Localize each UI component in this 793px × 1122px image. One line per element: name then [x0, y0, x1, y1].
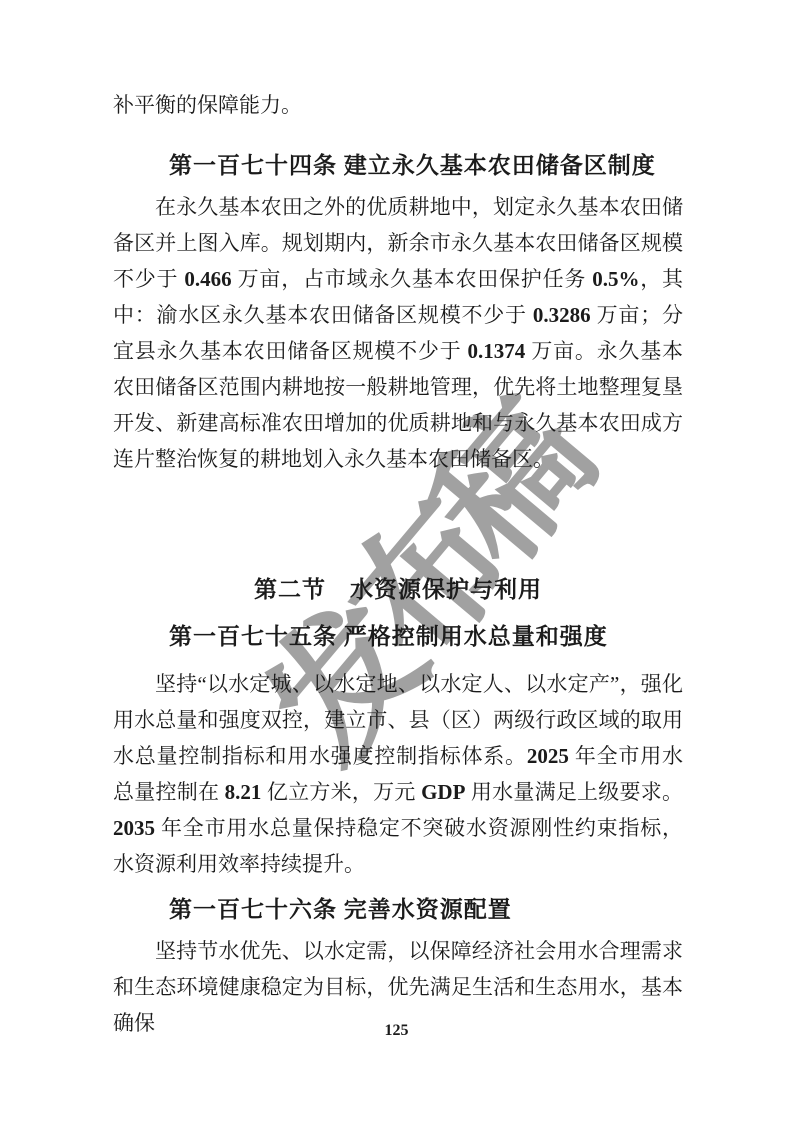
page-content: 补平衡的保障能力。 第一百七十四条 建立永久基本农田储备区制度 在永久基本农田之…	[113, 0, 683, 1041]
article-175-heading: 第一百七十五条 严格控制用水总量和强度	[169, 617, 683, 657]
article-175-body: 坚持“以水定城、以水定地、以水定人、以水定产”，强化用水总量和强度双控，建立市、…	[113, 666, 683, 882]
carryover-paragraph: 补平衡的保障能力。	[113, 87, 683, 123]
article-176-heading: 第一百七十六条 完善水资源配置	[169, 890, 683, 930]
section-2-heading: 第二节 水资源保护与利用	[113, 569, 683, 609]
article-174-heading: 第一百七十四条 建立永久基本农田储备区制度	[169, 146, 683, 186]
article-174-body: 在永久基本农田之外的优质耕地中，划定永久基本农田储备区并上图入库。规划期内，新余…	[113, 189, 683, 477]
page-number: 125	[0, 1022, 793, 1040]
document-page: 发布稿 补平衡的保障能力。 第一百七十四条 建立永久基本农田储备区制度 在永久基…	[0, 0, 793, 1122]
